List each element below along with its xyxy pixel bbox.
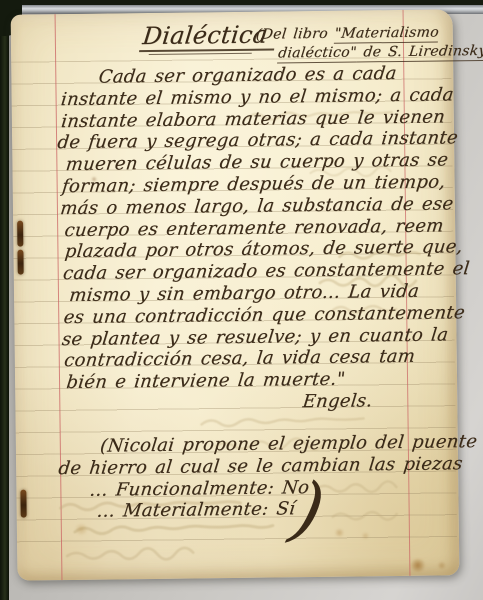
manuscript-line: ... Materialmente: Sí (96, 498, 297, 522)
binding-stitch (17, 221, 23, 247)
binding-stitch (20, 490, 26, 518)
paper-stain (437, 561, 446, 569)
title-annotation-line1: (Del libro "Materialismo (255, 23, 440, 43)
title-annotation-line2: dialéctico" de S. Liredinsky) (277, 42, 483, 63)
annotation-book-title-part2: dialéctico" (277, 44, 357, 62)
annotation-book-title-part1: "Materialismo (334, 24, 440, 43)
book-spine (0, 0, 9, 600)
paper-stain (361, 532, 370, 539)
paper-stain (334, 529, 345, 537)
binding-stitch (17, 250, 23, 275)
annotation-author: de S. Liredinsky (356, 43, 483, 62)
annotation-prefix: (Del libro (255, 26, 335, 43)
scanned-notebook-photo: Dialéctica (Del libro "Materialismo dial… (0, 0, 483, 600)
attribution-engels: Engels. (301, 390, 373, 413)
notebook-page: Dialéctica (Del libro "Materialismo dial… (11, 9, 460, 580)
